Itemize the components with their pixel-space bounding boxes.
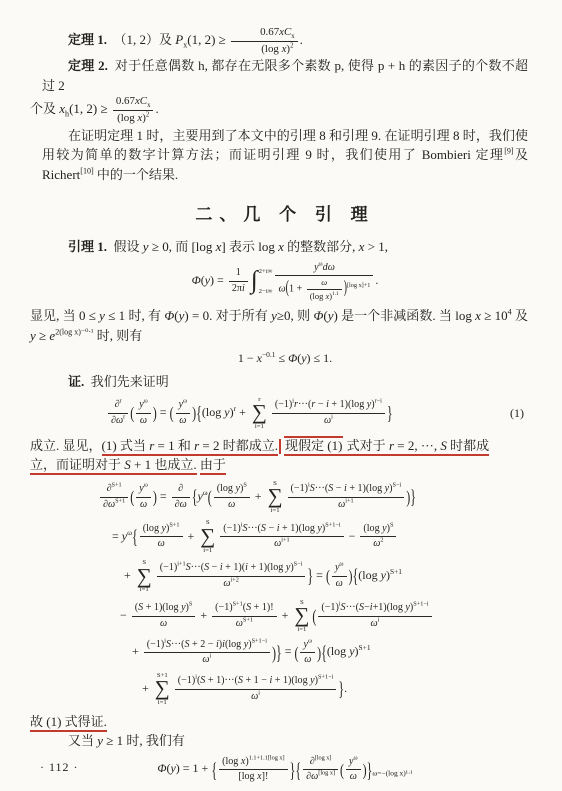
intro-paragraph: 在证明定理 1 时，主要用到了本文中的引理 8 和引理 9. 在证明引理 8 时… (42, 126, 528, 185)
again-line: 又当 y ≥ 1 时, 我们有 (42, 731, 528, 751)
delimiter: ( (340, 758, 344, 781)
fraction: ∂∂ω (172, 483, 190, 511)
delimiter: } (367, 755, 373, 784)
delimiter: ) (153, 486, 157, 509)
theorem-2-text: 对于任意偶数 h, 都存在无限多个素数 p, 使得 p + h 的素因子的个数不… (42, 58, 528, 93)
fraction: yωω (346, 756, 361, 784)
induction-line-2: 立，而证明对于 S + 1 也成立. 由于 (30, 455, 528, 475)
theorem-2-formula: 个及 xh(1, 2) ≥ 0.67xCx(log x)2. (30, 101, 159, 116)
delimiter: ( (170, 402, 174, 425)
fraction: ∂[log x]∂ω[log x] (303, 756, 338, 784)
fraction: (log x)1.1+1.1[log x][log x]! (219, 756, 288, 784)
fraction: ω(log x)1.1 (307, 277, 342, 301)
delimiter: ( (130, 402, 134, 425)
fraction: (−1)ir···(r − i + 1)(log y)r−iωi (272, 399, 385, 427)
delimiter: { (353, 563, 359, 591)
derivation-line-1: ∂S+1∂ωS+1(yωω) = ∂∂ω{yω((log y)Sω + S∑i=… (42, 480, 528, 515)
summation-operator: S∑i=1 (200, 519, 215, 554)
fraction: yωω (332, 562, 347, 590)
fraction: yωdωω(1 + ω(log x)1.1)[log x]+1 (275, 262, 373, 302)
red-underline-annotation: (1) 式当 r = 1 和 r = 2 时都成立. (102, 438, 278, 456)
delimiter: { (211, 755, 217, 784)
summation-operator: r∑i=1 (252, 396, 267, 431)
fraction: 0.67xCx(log x)2 (231, 26, 298, 56)
delimiter: { (196, 400, 202, 426)
fraction: (−1)iS···(S − i + 1)(log y)S−iωi+1 (288, 483, 405, 511)
delimiter: } (387, 400, 393, 426)
obvious-paragraph: 显见, 当 0 ≤ y ≤ 1 时, 有 Φ(y) = 0. 对于所有 y≥0,… (30, 306, 528, 345)
summation-operator: S∑i=1 (294, 599, 309, 634)
lemma-1-label: 引理 1. (68, 239, 107, 254)
fraction: 0.67xCx(log x)2 (113, 95, 154, 125)
delimiter: { (192, 483, 198, 511)
derivation-line-4: − (S + 1)(log y)Sω + (−1)S+1(S + 1)!ωS+1… (42, 599, 528, 634)
delimiter: ( (286, 278, 289, 301)
fraction: ∂S+1∂ωS+1 (100, 483, 128, 511)
fraction: (−1)S+1(S + 1)!ωS+1 (212, 602, 276, 630)
fraction: (−1)iS···(S + 2 − i)i(log y)S+1−iωi (144, 639, 270, 667)
summation-operator: S+1∑i=1 (155, 672, 170, 707)
red-underline-annotation: 立，而证明对于 S + 1 也成立. (30, 457, 197, 475)
fraction: yωω (136, 399, 151, 427)
obvious-text: 显见, 当 0 ≤ y ≤ 1 时, 有 Φ(y) = 0. 对于所有 y≥0,… (30, 308, 528, 343)
equation-number: (1) (510, 405, 524, 421)
fraction: yωω (136, 483, 151, 511)
fraction: (−1)iS···(S − i + 1)(log y)S+1−iωi+1 (220, 523, 343, 551)
delimiter: ( (208, 485, 212, 509)
theorem-1-label: 定理 1. (68, 32, 107, 47)
fraction: 12πi (229, 267, 248, 295)
delimiter: { (132, 523, 138, 551)
delimiter: ( (326, 565, 330, 588)
delimiter: ) (153, 402, 157, 425)
theorem-2-label: 定理 2. (68, 58, 108, 73)
fraction: (log y)Sω (214, 483, 250, 511)
delimiter: ( (312, 604, 316, 628)
theorem-1-formula: （1, 2）及 Px(1, 2) ≥ 0.67xCx(log x)2. (114, 32, 303, 47)
fraction: (log y)Sω2 (360, 523, 396, 551)
document-page: 定理 1. （1, 2）及 Px(1, 2) ≥ 0.67xCx(log x)2… (0, 0, 562, 791)
fraction: (−1)iS···(S−i+1)(log y)S+1−iωi (318, 602, 431, 630)
red-overbox-annotation: 现假定 (1) (284, 436, 343, 456)
lemma-1-text: 假设 y ≥ 0, 而 [log x] 表示 log x 的整数部分, x > … (114, 239, 389, 254)
red-underline-annotation: 式对于 r = 2, ···, S 时都成 (343, 438, 489, 456)
red-bar-annotation (279, 439, 281, 454)
formula-inequality: 1 − x−0.1 ≤ Φ(y) ≤ 1. (42, 350, 528, 366)
delimiter: { (295, 755, 301, 784)
derivation-line-5: + (−1)iS···(S + 2 − i)i(log y)S+1−iωi)} … (42, 639, 528, 667)
fraction: ∂r∂ωr (108, 399, 128, 427)
theorem-2: 定理 2. 对于任意偶数 h, 都存在无限多个素数 p, 使得 p + h 的素… (42, 56, 528, 95)
proof-label: 证. (68, 374, 84, 389)
red-underline-annotation: 由于 (200, 457, 226, 475)
proof-start: 证. 我们先来证明 (42, 372, 528, 392)
summation-operator: S∑i=1 (268, 480, 283, 515)
delimiter: ( (294, 641, 298, 664)
delimiter: } (276, 639, 282, 667)
fraction: yωω (176, 399, 191, 427)
theorem-1: 定理 1. （1, 2）及 Px(1, 2) ≥ 0.67xCx(log x)2… (42, 26, 528, 56)
lemma-1: 引理 1. 假设 y ≥ 0, 而 [log x] 表示 log x 的整数部分… (42, 237, 528, 257)
formula-phi-final: Φ(y) = 1 + {(log x)1.1+1.1[log x][log x]… (42, 756, 528, 784)
fraction: (−1)i(S + 1)···(S + 1 − i + 1)(log y)S+1… (175, 675, 337, 703)
delimiter: } (338, 675, 344, 703)
equation-1: ∂r∂ωr(yωω) = (yωω){(log y)r + r∑i=1(−1)i… (42, 396, 528, 431)
fraction: yωω (300, 639, 315, 667)
section-heading: 二、几 个 引 理 (42, 200, 528, 225)
delimiter: { (321, 639, 327, 667)
summation-operator: S∑i=1 (137, 559, 152, 594)
delimiter: ) (344, 278, 347, 301)
integral-operator: ∫2+i∞2−i∞ (251, 268, 273, 296)
delimiter: ( (130, 486, 134, 509)
induction-line-1: 成立. 显见，(1) 式当 r = 1 和 r = 2 时都成立.现假定 (1)… (30, 436, 528, 456)
derivation-line-2: = yω{(log y)S+1ω + S∑i=1(−1)iS···(S − i … (42, 519, 528, 554)
fraction: (S + 1)(log y)Sω (132, 602, 196, 630)
fraction: (−1)i+1S···(S − i + 1)(i + 1)(log y)S−iω… (157, 562, 306, 590)
conclusion-line: 故 (1) 式得证. (30, 712, 528, 732)
proof-intro: 我们先来证明 (91, 374, 169, 389)
red-underline-annotation: 故 (1) 式得证. (30, 714, 107, 732)
page-number: · 112 · (40, 760, 79, 775)
derivation-line-3: + S∑i=1(−1)i+1S···(S − i + 1)(i + 1)(log… (42, 559, 528, 594)
fraction: (log y)S+1ω (140, 523, 183, 551)
formula-phi-definition: Φ(y) = 12πi∫2+i∞2−i∞yωdωω(1 + ω(log x)1.… (42, 262, 528, 302)
delimiter: } (410, 483, 416, 511)
derivation-line-6: + S+1∑i=1(−1)i(S + 1)···(S + 1 − i + 1)(… (42, 672, 528, 707)
theorem-2-continuation: 个及 xh(1, 2) ≥ 0.67xCx(log x)2. (30, 95, 528, 125)
intro-text: 在证明定理 1 时，主要用到了本文中的引理 8 和引理 9. 在证明引理 8 时… (42, 128, 528, 182)
delimiter: } (307, 563, 313, 591)
